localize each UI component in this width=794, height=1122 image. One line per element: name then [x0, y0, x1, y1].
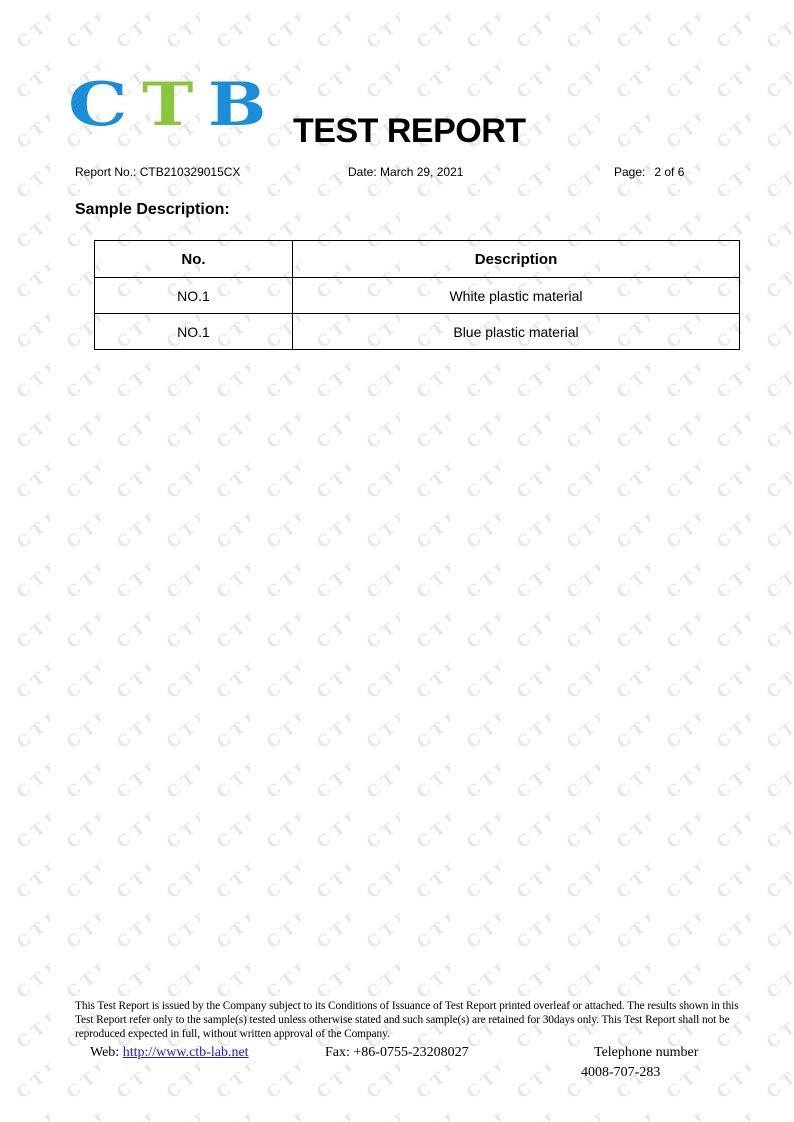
web-label: Web:	[90, 1045, 119, 1060]
footer-telephone-label: Telephone number	[594, 1044, 698, 1062]
table-row: NO.1 Blue plastic material	[95, 314, 740, 350]
page-value: 2 of 6	[654, 165, 684, 179]
report-date-label: Date:	[348, 165, 377, 179]
report-number: Report No.: CTB210329015CX	[75, 164, 240, 180]
section-heading: Sample Description:	[75, 200, 230, 220]
footer-disclaimer: This Test Report is issued by the Compan…	[75, 999, 740, 1041]
footer-telephone-number: 4008-707-283	[581, 1064, 660, 1082]
report-date-value: March 29, 2021	[380, 165, 463, 179]
footer-web: Web: http://www.ctb-lab.net	[90, 1044, 249, 1062]
table-row: NO.1 White plastic material	[95, 278, 740, 314]
logo-letter-t: T	[142, 74, 193, 136]
report-title: TEST REPORT	[293, 110, 526, 152]
cell-no: NO.1	[95, 278, 293, 314]
report-date: Date: March 29, 2021	[348, 164, 463, 180]
column-header-description: Description	[293, 241, 740, 278]
cell-description: Blue plastic material	[293, 314, 740, 350]
report-number-label: Report No.:	[75, 165, 136, 179]
footer-fax: Fax: +86-0755-23208027	[325, 1044, 469, 1062]
website-link[interactable]: http://www.ctb-lab.net	[123, 1045, 249, 1060]
table-header-row: No. Description	[95, 241, 740, 278]
report-number-value: CTB210329015CX	[140, 165, 241, 179]
cell-description: White plastic material	[293, 278, 740, 314]
logo-letter-c: C	[68, 74, 128, 136]
ctb-logo: C T B	[68, 74, 259, 136]
page-indicator: Page:2 of 6	[614, 164, 684, 180]
page-label: Page:	[614, 165, 645, 179]
logo-letter-b: B	[208, 74, 266, 136]
column-header-no: No.	[95, 241, 293, 278]
cell-no: NO.1	[95, 314, 293, 350]
sample-description-table: No. Description NO.1 White plastic mater…	[94, 240, 740, 350]
